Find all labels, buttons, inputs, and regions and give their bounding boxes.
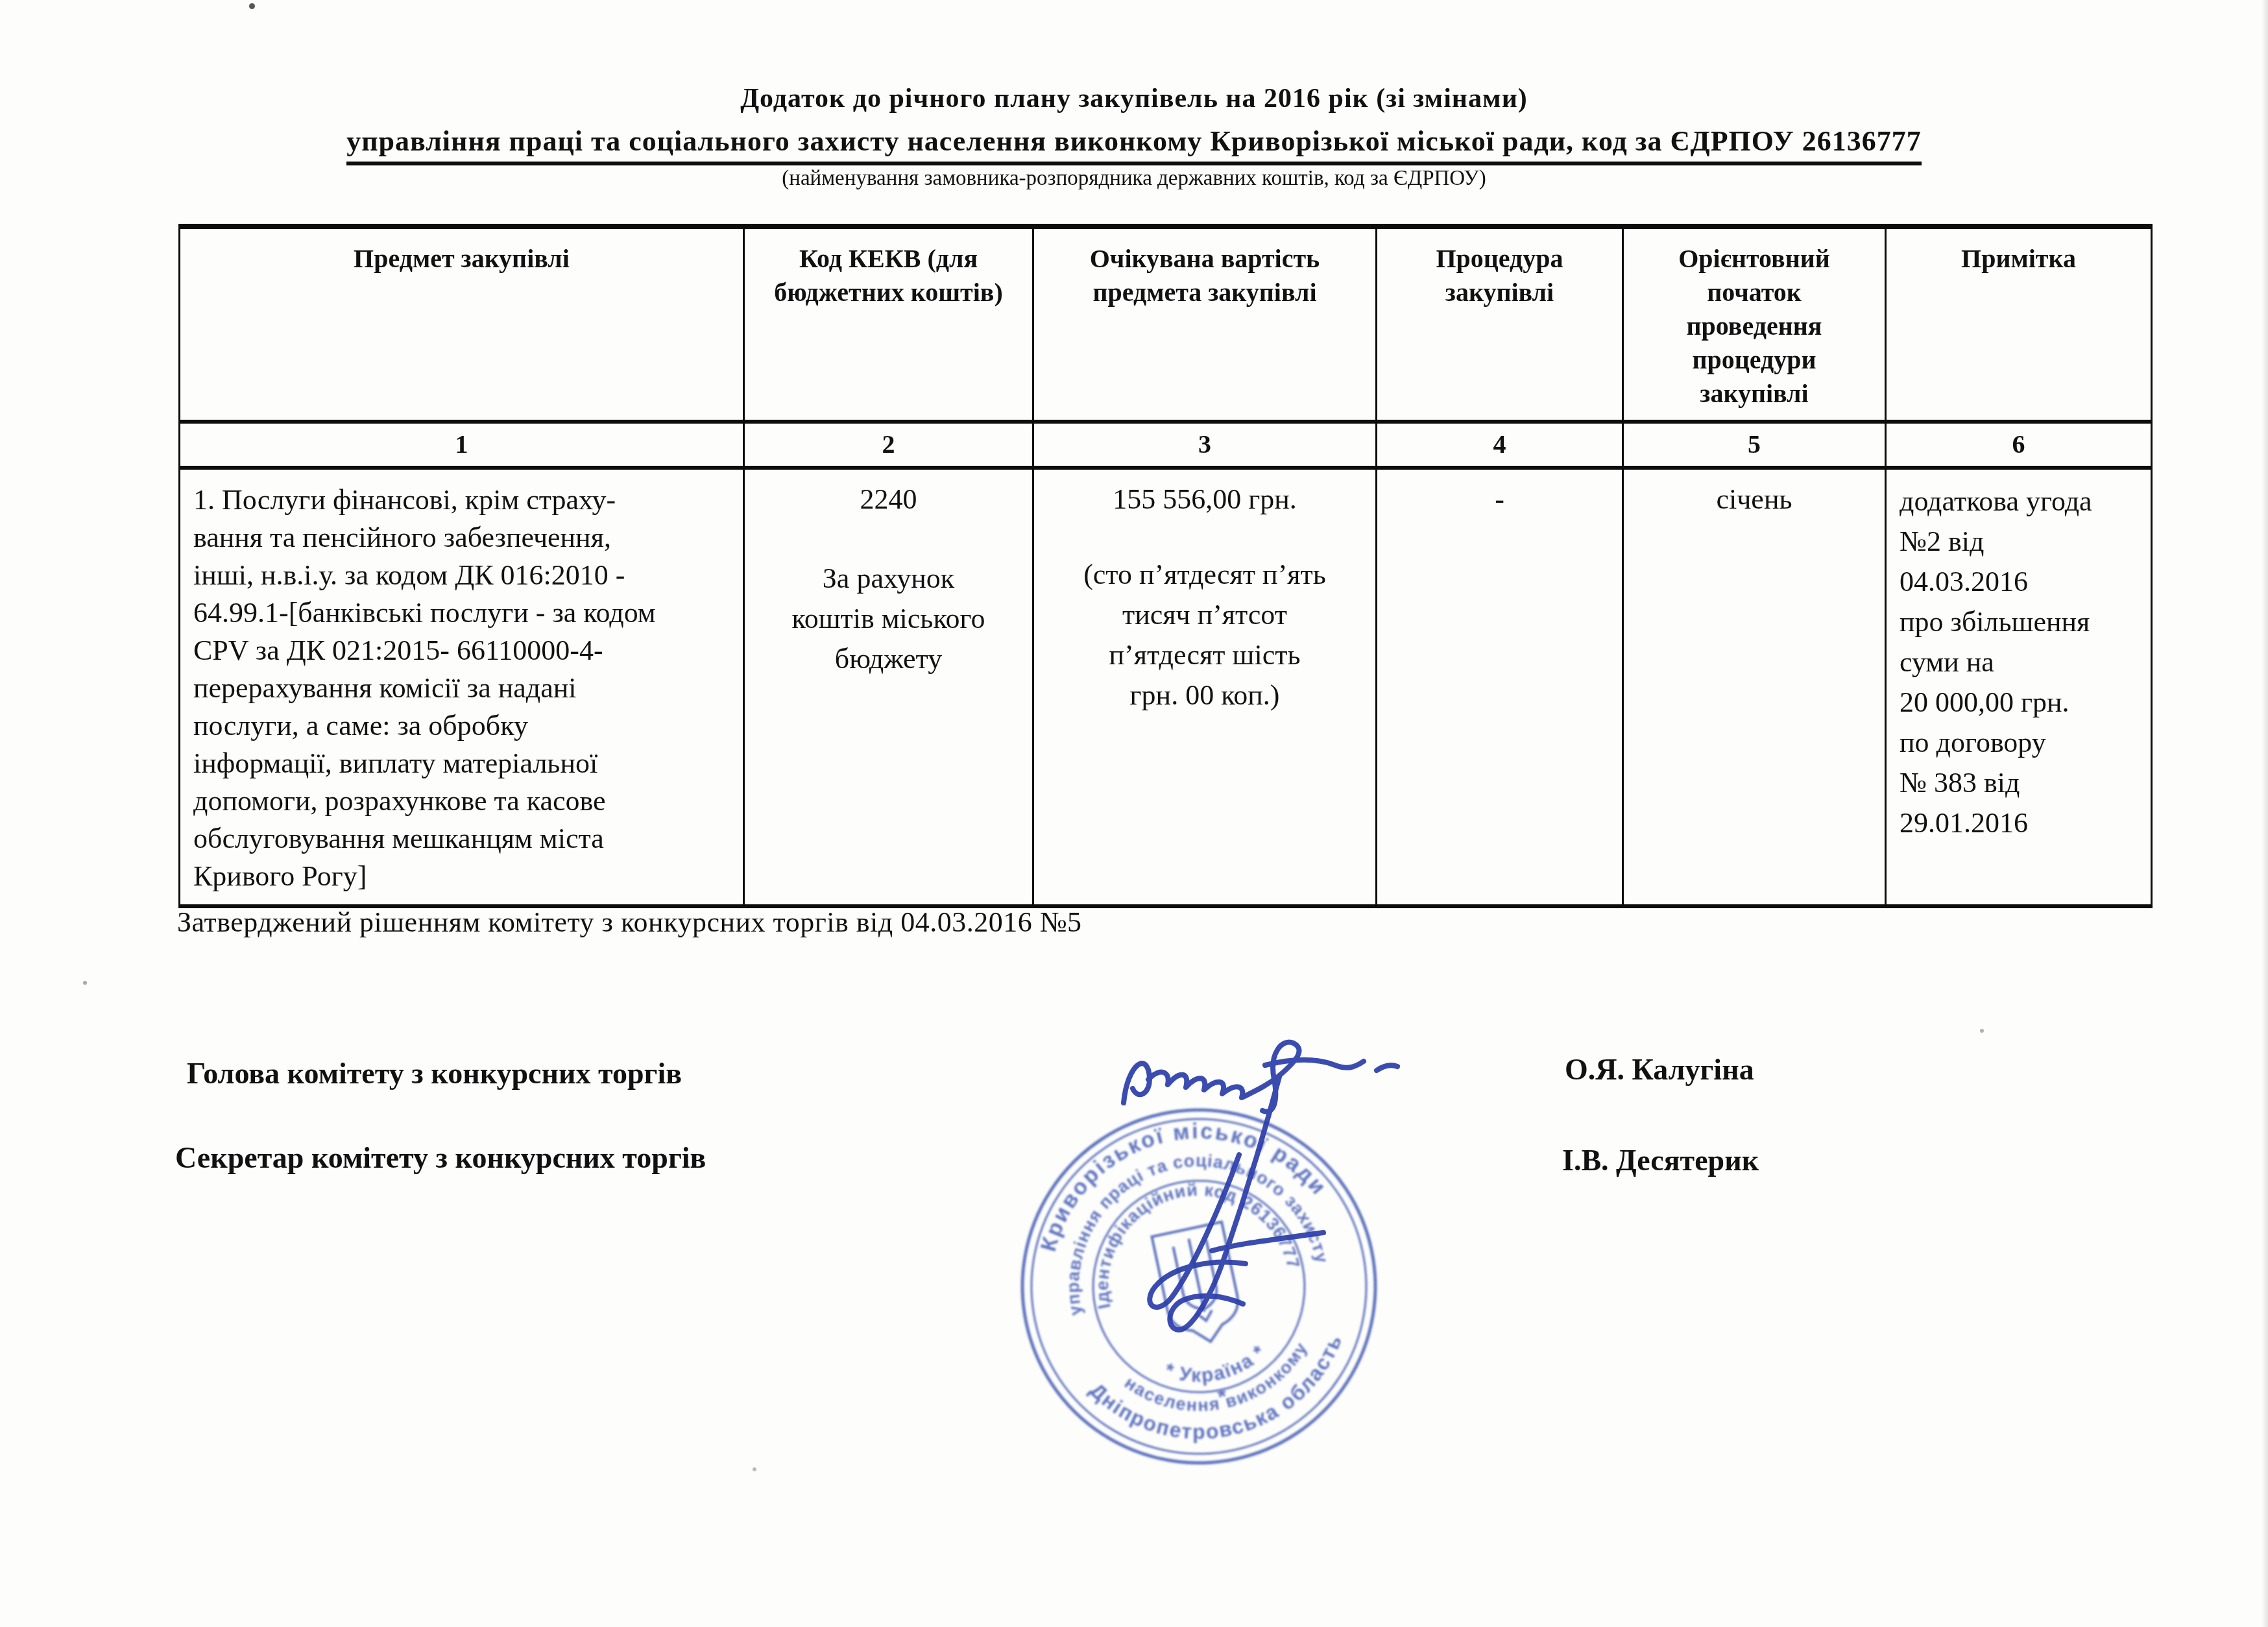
title-caption: (найменування замовника-розпорядника дер… xyxy=(0,167,2268,191)
amount-number: 155 556,00 грн. xyxy=(1047,483,1362,516)
header-subject: Предмет закупівлі xyxy=(180,226,744,422)
header-start-date: Орієнтовний початок проведення процедури… xyxy=(1623,226,1886,422)
start-date-value: січень xyxy=(1637,483,1872,516)
scan-speck xyxy=(249,3,255,9)
header-procedure: Процедура закупівлі xyxy=(1377,226,1623,422)
cell-start-date: січень xyxy=(1623,468,1886,906)
table-data-row: 1. Послуги фінансові, крім страху- вання… xyxy=(180,468,2152,906)
cell-note: додаткова угода №2 від 04.03.2016 про зб… xyxy=(1886,468,2152,906)
cell-subject: 1. Послуги фінансові, крім страху- вання… xyxy=(180,468,744,906)
header-kekv: Код КЕКВ (для бюджетних коштів) xyxy=(744,226,1033,422)
subject-text: 1. Послуги фінансові, крім страху- вання… xyxy=(193,479,730,895)
cell-kekv: 2240 За рахунок коштів міського бюджету xyxy=(744,468,1033,906)
scan-speck xyxy=(753,1467,756,1471)
cell-procedure: - xyxy=(1377,468,1623,906)
document-title-block: Додаток до річного плану закупівель на 2… xyxy=(0,83,2268,191)
signature-role-secretary: Секретар комітету з конкурсних торгів xyxy=(175,1140,706,1175)
signature-head-squiggle xyxy=(1124,1063,1279,1103)
col-num-1: 1 xyxy=(180,422,744,468)
cell-expected-value: 155 556,00 грн. (сто п’ятдесят п’ять тис… xyxy=(1033,468,1377,906)
amount-words: (сто п’ятдесят п’ять тисяч п’ятсот п’ятд… xyxy=(1047,555,1362,716)
note-text: додаткова угода №2 від 04.03.2016 про зб… xyxy=(1900,479,2138,843)
column-number-row: 1 2 3 4 5 6 xyxy=(180,422,2152,468)
signature-head-underline xyxy=(1265,1060,1364,1068)
customer-name-line: управління праці та соціального захисту … xyxy=(0,125,2268,165)
signature-descender-flourish xyxy=(1170,1077,1279,1330)
procedure-value: - xyxy=(1390,483,1609,516)
col-num-4: 4 xyxy=(1377,422,1623,468)
table-header-row: Предмет закупівлі Код КЕКВ (для бюджетни… xyxy=(180,226,2152,422)
col-num-3: 3 xyxy=(1033,422,1377,468)
header-note: Примітка xyxy=(1886,226,2152,422)
col-num-5: 5 xyxy=(1623,422,1886,468)
col-num-2: 2 xyxy=(744,422,1033,468)
col-num-6: 6 xyxy=(1886,422,2152,468)
header-expected-value: Очікувана вартість предмета закупівлі xyxy=(1033,226,1377,422)
signature-name-secretary: І.В. Десятерик xyxy=(1562,1143,1759,1177)
kekv-code: 2240 xyxy=(758,483,1019,516)
scan-speck xyxy=(83,981,87,985)
customer-name-underlined: управління праці та соціального захисту … xyxy=(346,125,1922,165)
document-title: Додаток до річного плану закупівель на 2… xyxy=(0,83,2268,114)
signature-head-dash xyxy=(1377,1065,1397,1070)
signature-name-head: О.Я. Калугіна xyxy=(1565,1052,1754,1087)
scan-speck xyxy=(1980,1029,1984,1033)
scanned-document-page: Додаток до річного плану закупівель на 2… xyxy=(0,0,2268,1627)
procurement-table: Предмет закупівлі Код КЕКВ (для бюджетни… xyxy=(178,224,2153,908)
approval-line: Затверджений рішенням комітету з конкурс… xyxy=(177,906,1082,939)
handwritten-signatures xyxy=(1051,1025,1414,1427)
signature-role-head: Голова комітету з конкурсних торгів xyxy=(187,1056,682,1091)
kekv-source: За рахунок коштів міського бюджету xyxy=(758,559,1019,679)
